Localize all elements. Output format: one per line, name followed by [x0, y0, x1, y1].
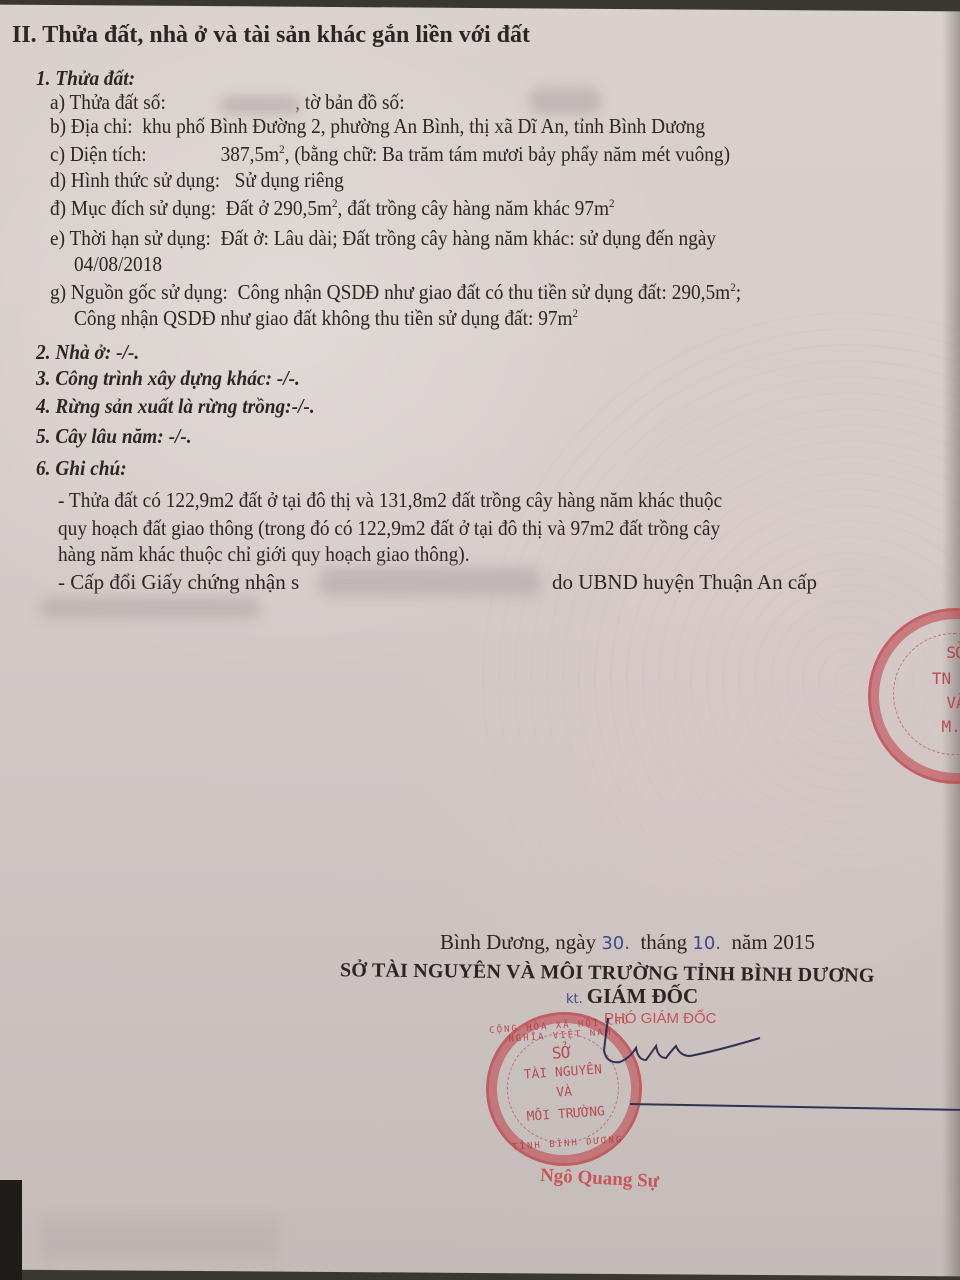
- note-line-3: hàng năm khác thuộc chỉ giới quy hoạch g…: [58, 542, 470, 567]
- origin-value-1: Công nhận QSDĐ như giao đất có thu tiền …: [238, 280, 731, 304]
- director-title: GIÁM ĐỐC: [587, 984, 698, 1008]
- area-value: 387,5m: [221, 142, 280, 166]
- address-label: b) Địa chỉ:: [50, 114, 133, 138]
- redacted-parcel-number: [220, 96, 300, 114]
- origin-row-2: Công nhận QSDĐ như giao đất không thu ti…: [74, 306, 578, 331]
- note-line-4-end: do UBND huyện Thuận An cấp: [552, 570, 817, 595]
- usage-purpose-label: đ) Mục đích sử dụng:: [50, 196, 216, 220]
- usage-purpose-residential: Đất ở 290,5m: [226, 196, 332, 220]
- usage-form-value: Sử dụng riêng: [235, 168, 344, 192]
- parcel-number-label: a) Thửa đất số:: [50, 90, 166, 114]
- usage-purpose-row: đ) Mục đích sử dụng: Đất ở 290,5m2, đất …: [50, 196, 615, 221]
- place-date: Bình Dương, ngày 30. tháng 10. năm 2015: [440, 930, 815, 955]
- redacted-issue-date: [40, 598, 260, 618]
- address-value: khu phố Bình Đường 2, phường An Bình, th…: [142, 114, 705, 138]
- forest-item: 4. Rừng sản xuất là rừng trồng:-/-.: [36, 394, 315, 419]
- redacted-certificate-number: [320, 568, 540, 596]
- usage-term-value: Đất ở: Lâu dài; Đất trồng cây hàng năm k…: [221, 226, 717, 250]
- redacted-map-sheet: [530, 88, 600, 114]
- usage-purpose-crop: , đất trồng cây hàng năm khác 97m: [338, 196, 609, 220]
- other-works-item: 3. Công trình xây dựng khác: -/-.: [36, 366, 300, 391]
- kt-mark: kt.: [566, 992, 583, 1007]
- usage-form-label: d) Hình thức sử dụng:: [50, 168, 220, 192]
- map-sheet-label: , tờ bản đồ số:: [295, 90, 405, 114]
- usage-term-date: 04/08/2018: [74, 252, 162, 277]
- land-heading: 1. Thửa đất:: [36, 66, 135, 91]
- note-line-4-start: - Cấp đổi Giấy chứng nhận s: [58, 570, 299, 595]
- house-item: 2. Nhà ở: -/-.: [36, 340, 139, 365]
- note-line-2: quy hoạch đất giao thông (trong đó có 12…: [58, 516, 720, 541]
- origin-row: g) Nguồn gốc sử dụng: Công nhận QSDĐ như…: [50, 280, 741, 305]
- area-in-words: , (bằng chữ: Ba trăm tám mươi bảy phẩy n…: [285, 142, 730, 166]
- origin-value-2: Công nhận QSDĐ như giao đất không thu ti…: [74, 306, 573, 330]
- section-title: II. Thửa đất, nhà ở và tài sản khác gắn …: [12, 22, 530, 49]
- handwritten-month: 10.: [692, 933, 721, 954]
- usage-term-label: e) Thời hạn sử dụng:: [50, 226, 211, 250]
- title-row: kt. GIÁM ĐỐC: [566, 984, 698, 1009]
- page-corner-shadow: [0, 1180, 22, 1280]
- area-row: c) Diện tích: 387,5m2, (bằng chữ: Ba tră…: [50, 142, 730, 167]
- handwritten-day: 30.: [601, 933, 630, 954]
- origin-label: g) Nguồn gốc sử dụng:: [50, 280, 228, 304]
- notes-heading: 6. Ghi chú:: [36, 456, 127, 481]
- address-row: b) Địa chỉ: khu phố Bình Đường 2, phường…: [50, 114, 705, 139]
- handwritten-signature: [590, 1010, 960, 1120]
- note-line-1: - Thửa đất có 122,9m2 đất ở tại đô thị v…: [58, 488, 722, 513]
- usage-form-row: d) Hình thức sử dụng: Sử dụng riêng: [50, 168, 344, 193]
- perennial-item: 5. Cây lâu năm: -/-.: [36, 424, 192, 449]
- area-label: c) Diện tích:: [50, 142, 147, 166]
- usage-term-row: e) Thời hạn sử dụng: Đất ở: Lâu dài; Đất…: [50, 226, 716, 251]
- redacted-footer: [40, 1220, 280, 1260]
